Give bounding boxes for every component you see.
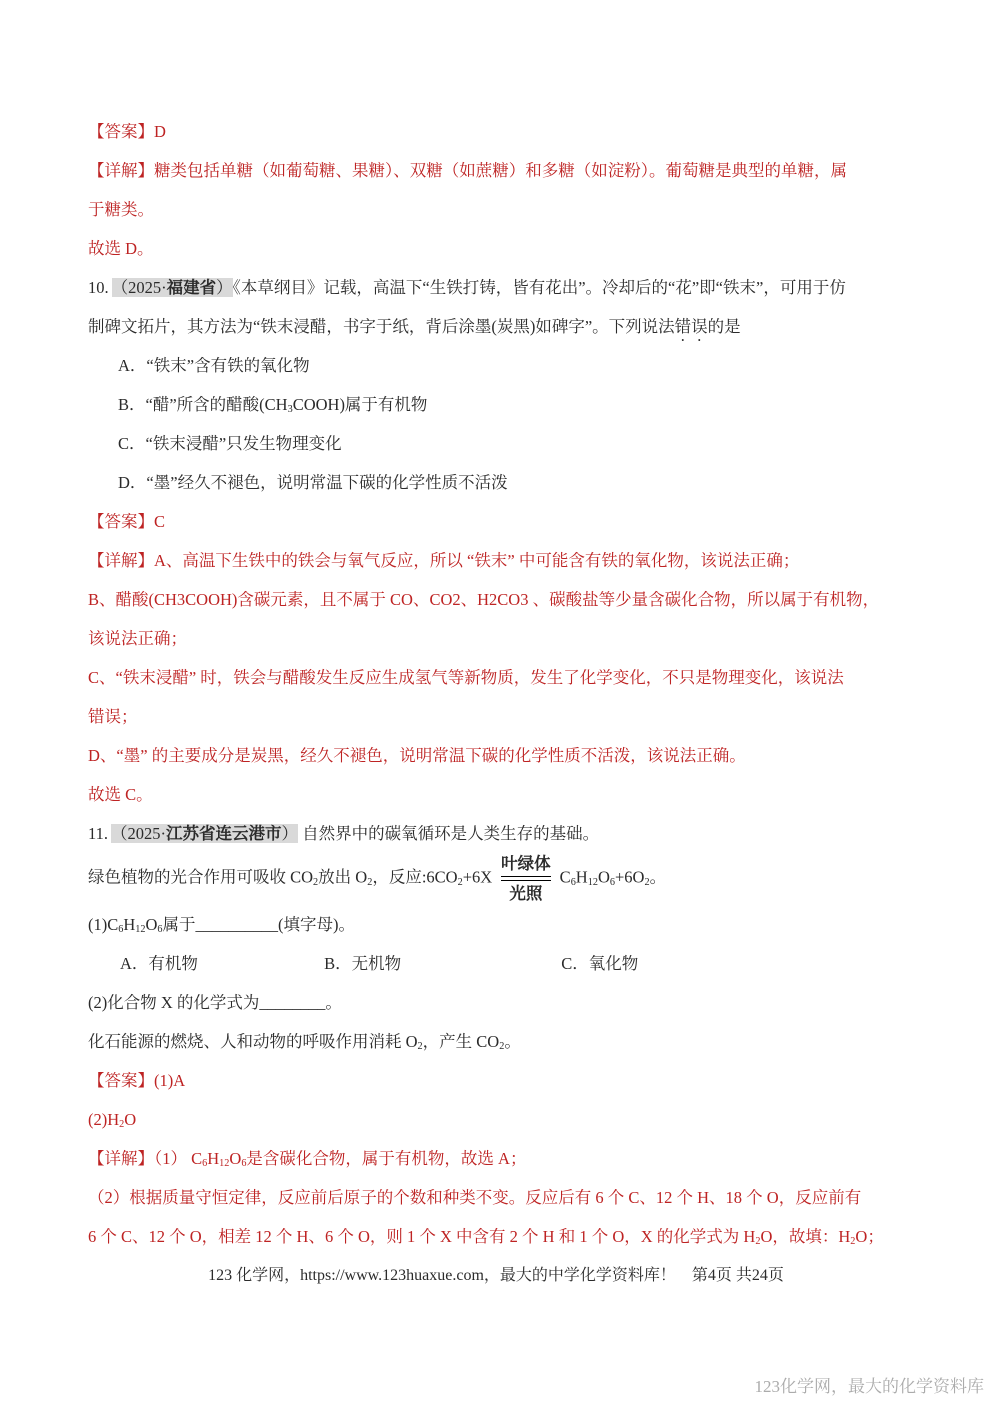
reaction-double-line: [501, 876, 551, 881]
q11-part1-question: (1)C6H12O6属于__________(填字母)。: [88, 905, 904, 944]
q10-detail-b-line-1: B、醋酸(CH3COOH)含碳元素，且不属于 CO、CO2、H2CO3 、碳酸盐…: [88, 580, 904, 619]
q11-option-a: A．有机物: [120, 944, 320, 983]
q11-answer-line-2: (2)H2O: [88, 1100, 904, 1139]
q11-reaction-equation: 绿色植物的光合作用可吸收 CO2放出 O2，反应:6CO2+6X叶绿体光照C6H…: [88, 853, 904, 905]
subscript: 2: [499, 1041, 504, 1052]
q11-part1-options: A．有机物 B．无机物 C．氧化物: [88, 944, 904, 983]
subscript: 12: [588, 877, 598, 888]
exam-document-page: { "colors": { "answer_red": "#be2323", "…: [0, 0, 992, 1403]
q10-answer-line: 【答案】C: [88, 502, 904, 541]
subscript: 3: [288, 404, 293, 415]
condition-top-label: 叶绿体: [501, 853, 551, 874]
subscript: 12: [135, 924, 145, 935]
subscript: 2: [850, 1236, 855, 1247]
subscript: 2: [755, 1236, 760, 1247]
q11-answer-line-1: 【答案】(1)A: [88, 1061, 904, 1100]
q9-detail-line-2: 于糖类。: [88, 190, 904, 229]
q11-note: 化石能源的燃烧、人和动物的呼吸作用消耗 O2，产生 CO2。: [88, 1022, 904, 1061]
subscript: 6: [571, 877, 576, 888]
year-region-highlight: （2025·福建省）: [112, 278, 233, 297]
q10-detail-d: D、“墨” 的主要成分是炭黑，经久不褪色，说明常温下碳的化学性质不活泼，该说法正…: [88, 736, 904, 775]
bold-region-text: 江苏省连云港市: [166, 824, 282, 843]
page-footer: 123 化学网，https://www.123huaxue.com，最大的中学化…: [88, 1256, 904, 1296]
q11-option-c: C．氧化物: [561, 944, 638, 983]
subscript: 12: [219, 1158, 229, 1169]
q11-detail-line-1: 【详解】（1） C6H12O6是含碳化合物，属于有机物，故选 A；: [88, 1139, 904, 1178]
subscript: 6: [241, 1158, 246, 1169]
site-watermark: 123化学网，最大的化学资料库: [755, 1372, 985, 1397]
q9-conclusion: 故选 D。: [88, 229, 904, 268]
q10-detail-c-line-2: 错误；: [88, 697, 904, 736]
q11-option-b: B．无机物: [324, 944, 557, 983]
q10-option-c: C．“铁末浸醋”只发生物理变化: [88, 424, 904, 463]
subscript: 6: [202, 1158, 207, 1169]
q11-stem: 11.（2025·江苏省连云港市） 自然界中的碳氧循环是人类生存的基础。: [88, 814, 904, 853]
q9-answer-line: 【答案】D: [88, 112, 904, 151]
emphasized-text: 错误: [675, 317, 708, 336]
reaction-condition: 叶绿体光照: [496, 853, 556, 905]
subscript: 2: [119, 1119, 124, 1130]
q10-option-a: A．“铁末”含有铁的氧化物: [88, 346, 904, 385]
subscript: 2: [644, 877, 649, 888]
subscript: 2: [313, 877, 318, 888]
subscript: 6: [610, 877, 615, 888]
subscript: 6: [118, 924, 123, 935]
subscript: 6: [157, 924, 162, 935]
q10-detail-a: 【详解】A、高温下生铁中的铁会与氧气反应，所以 “铁末” 中可能含有铁的氧化物，…: [88, 541, 904, 580]
q10-stem-line-2: 制碑文拓片，其方法为“铁末浸醋，书字于纸，背后涂墨(炭黑)如碑字”。下列说法错误…: [88, 307, 904, 346]
q10-option-d: D．“墨”经久不褪色，说明常温下碳的化学性质不活泼: [88, 463, 904, 502]
q11-detail-line-3: 6 个 C、12 个 O，相差 12 个 H、6 个 O，则 1 个 X 中含有…: [88, 1217, 904, 1256]
q10-option-b: B．“醋”所含的醋酸(CH3COOH)属于有机物: [88, 385, 904, 424]
q10-detail-c-line-1: C、“铁末浸醋” 时，铁会与醋酸发生反应生成氢气等新物质，发生了化学变化，不只是…: [88, 658, 904, 697]
q11-detail-line-2: （2）根据质量守恒定律，反应前后原子的个数和种类不变。反应后有 6 个 C、12…: [88, 1178, 904, 1217]
bold-region-text: 福建省: [167, 278, 217, 297]
q10-conclusion: 故选 C。: [88, 775, 904, 814]
subscript: 2: [418, 1041, 423, 1052]
subscript: 2: [367, 877, 372, 888]
document-content: 【答案】D 【详解】糖类包括单糖（如葡萄糖、果糖）、双糖（如蔗糖）和多糖（如淀粉…: [0, 0, 992, 1296]
q10-detail-b-line-2: 该说法正确；: [88, 619, 904, 658]
condition-bottom-label: 光照: [509, 883, 542, 904]
q11-part2-question: (2)化合物 X 的化学式为________。: [88, 983, 904, 1022]
q10-stem-line-1: 10.（2025·福建省）《本草纲目》记载，高温下“生铁打铸，皆有花出”。冷却后…: [88, 268, 904, 307]
q9-detail-line-1: 【详解】糖类包括单糖（如葡萄糖、果糖）、双糖（如蔗糖）和多糖（如淀粉）。葡萄糖是…: [88, 151, 904, 190]
year-region-highlight: （2025·江苏省连云港市）: [111, 824, 298, 843]
subscript: 2: [458, 877, 463, 888]
